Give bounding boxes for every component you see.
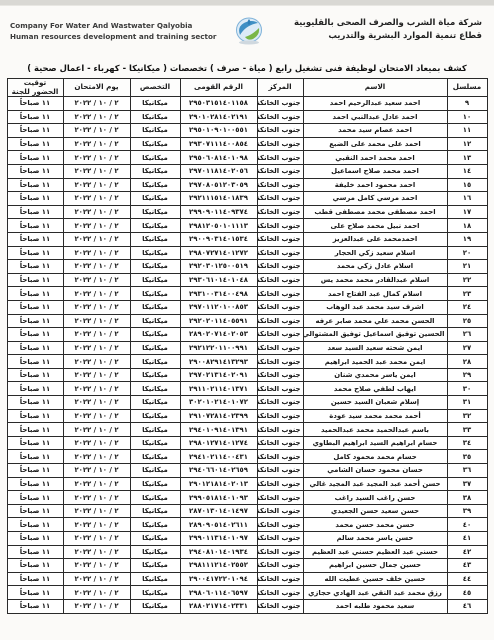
cell-serial: ١٥ [447, 178, 487, 192]
cell-national-id: ٢٨٨٠٢١٧١٤٠٢٣٣١ [180, 599, 257, 613]
cell-specialization: ميكانيكا [130, 151, 180, 165]
cell-center: جنوب الخانكة [257, 341, 303, 355]
cell-attendance-time: ١١ صباحاً [7, 355, 63, 369]
cell-specialization: ميكانيكا [130, 246, 180, 260]
col-name: الاسم [303, 79, 447, 97]
cell-exam-day: ٢ / ١٠ / ٢٠٢٢ [63, 464, 130, 478]
cell-exam-day: ٢ / ١٠ / ٢٠٢٢ [63, 205, 130, 219]
cell-specialization: ميكانيكا [130, 518, 180, 532]
cell-exam-day: ٢ / ١٠ / ٢٠٢٢ [63, 382, 130, 396]
cell-center: جنوب الخانكة [257, 423, 303, 437]
cell-national-id: ٢٩٤١٠٢١١٤٠٠٤٣١ [180, 450, 257, 464]
cell-exam-day: ٢ / ١٠ / ٢٠٢٢ [63, 137, 130, 151]
table-row: ٣٤حسام ابراهيم السيد ابراهيم البطاويجنوب… [7, 436, 487, 450]
cell-attendance-time: ١١ صباحاً [7, 491, 63, 505]
cell-serial: ١٦ [447, 192, 487, 206]
table-row: ١١احمد عصام سيد محمدجنوب الخانكة٢٩٥٠١٠٩٠… [7, 124, 487, 138]
cell-center: جنوب الخانكة [257, 532, 303, 546]
cell-national-id: ٢٩٧٠٢١٣١٤٠٢٠٩١ [180, 368, 257, 382]
cell-serial: ٤٠ [447, 518, 487, 532]
cell-center: جنوب الخانكة [257, 219, 303, 233]
table-row: ٢٥الحسن محمد علي محمد صابر عرفهجنوب الخا… [7, 314, 487, 328]
cell-attendance-time: ١١ صباحاً [7, 246, 63, 260]
cell-serial: ٣٣ [447, 423, 487, 437]
cell-specialization: ميكانيكا [130, 532, 180, 546]
cell-name: حسين جمال حسين ابراهيم [303, 559, 447, 573]
cell-national-id: ٢٩٠١٠٢٨١٤٠٢١٩١ [180, 110, 257, 124]
cell-specialization: ميكانيكا [130, 436, 180, 450]
cell-specialization: ميكانيكا [130, 232, 180, 246]
table-row: ١٧احمد مصطفى محمد مصطفى قطبجنوب الخانكة٢… [7, 205, 487, 219]
cell-national-id: ٢٩٣٠٧١١١٤٠٠٨٥٤ [180, 137, 257, 151]
table-row: ٣٣باسم عبدالحميد محمد عبدالحميدجنوب الخا… [7, 423, 487, 437]
cell-name: احمد محمد احمد النقبي [303, 151, 447, 165]
cell-national-id: ٢٩٤٠٦٦٠١٤٠٢٦٥٩ [180, 464, 257, 478]
cell-attendance-time: ١١ صباحاً [7, 409, 63, 423]
cell-name: سعيد محمود طلبه احمد [303, 599, 447, 613]
cell-center: جنوب الخانكة [257, 164, 303, 178]
table-row: ٣٢أحمد محمد محمد سيد عودةجنوب الخانكة٢٩١… [7, 409, 487, 423]
cell-name: اشرف سيد محمد عبد الوهاب [303, 300, 447, 314]
cell-national-id: ٢٩٢١١١٥١٤٠١٨٣٩ [180, 192, 257, 206]
company-water-globe-logo [232, 15, 266, 47]
cell-center: جنوب الخانكة [257, 355, 303, 369]
table-row: ٢٤اشرف سيد محمد عبد الوهابجنوب الخانكة٢٩… [7, 300, 487, 314]
cell-attendance-time: ١١ صباحاً [7, 137, 63, 151]
cell-national-id: ٢٩٣١٠٠٣١٤٠٠٤٩٨ [180, 287, 257, 301]
cell-exam-day: ٢ / ١٠ / ٢٠٢٢ [63, 368, 130, 382]
table-row: ٢٨ايمن محمد عبد الحميد ابراهيمجنوب الخان… [7, 355, 487, 369]
cell-attendance-time: ١١ صباحاً [7, 151, 63, 165]
cell-specialization: ميكانيكا [130, 260, 180, 274]
cell-exam-day: ٢ / ١٠ / ٢٠٢٢ [63, 328, 130, 342]
cell-exam-day: ٢ / ١٠ / ٢٠٢٢ [63, 192, 130, 206]
cell-national-id: ٢٩٤٠٨١٠١٤٠١٩٣٤ [180, 545, 257, 559]
cell-name: احمدمحمد على عبدالعزيز [303, 232, 447, 246]
cell-national-id: ٢٩٠٠٤١٧٢٢٠١٠٩٤ [180, 572, 257, 586]
cell-center: جنوب الخانكة [257, 450, 303, 464]
cell-exam-day: ٢ / ١٠ / ٢٠٢٢ [63, 572, 130, 586]
cell-exam-day: ٢ / ١٠ / ٢٠٢٢ [63, 219, 130, 233]
cell-specialization: ميكانيكا [130, 300, 180, 314]
cell-national-id: ٢٩٢١٢٢٠١١٠٠٩٩١ [180, 341, 257, 355]
cell-center: جنوب الخانكة [257, 192, 303, 206]
cell-national-id: ٢٨٧٠١٣٠١٤٠١٤٩٧ [180, 504, 257, 518]
cell-national-id: ٢٩٥٠٣١٥١٤٠١١٥٨ [180, 97, 257, 111]
cell-specialization: ميكانيكا [130, 287, 180, 301]
cell-name: حسام محمد محمود كامل [303, 450, 447, 464]
table-row: ١٣احمد محمد احمد النقبيجنوب الخانكة٢٩٥٠٦… [7, 151, 487, 165]
cell-national-id: ٢٩٠٠٩٠٣١٤٠١٥٣٤ [180, 232, 257, 246]
cell-specialization: ميكانيكا [130, 205, 180, 219]
cell-exam-day: ٢ / ١٠ / ٢٠٢٢ [63, 491, 130, 505]
cell-serial: ٤٣ [447, 559, 487, 573]
cell-exam-day: ٢ / ١٠ / ٢٠٢٢ [63, 151, 130, 165]
cell-serial: ٢٤ [447, 300, 487, 314]
table-row: ١٤احمد محمد صلاح اسماعيلجنوب الخانكة٢٩٧٠… [7, 164, 487, 178]
cell-serial: ٣١ [447, 396, 487, 410]
cell-specialization: ميكانيكا [130, 599, 180, 613]
table-row: ٢٦الحسين توفيق اسماعيل توفيق المشتواليجن… [7, 328, 487, 342]
cell-national-id: ٣٠٢٠١٠٢١٤٠١٠٧٢ [180, 396, 257, 410]
cell-exam-day: ٢ / ١٠ / ٢٠٢٢ [63, 232, 130, 246]
col-serial: مسلسل [447, 79, 487, 97]
cell-serial: ٣٨ [447, 491, 487, 505]
cell-name: رزق محمد عبد النقي عبد الهادي حجازي [303, 586, 447, 600]
cell-national-id: ٢٩٨٠١٢٧١٤٠١٢٧٤ [180, 436, 257, 450]
cell-name: ايهاب لطفي صلاح محمد [303, 382, 447, 396]
cell-name: اسلام سعيد زكي الحجار [303, 246, 447, 260]
cell-national-id: ٢٩٣٠٦١٠١٤٠١٠٤٨ [180, 273, 257, 287]
cell-center: جنوب الخانكة [257, 545, 303, 559]
cell-center: جنوب الخانكة [257, 232, 303, 246]
cell-name: حسن محمد حسن محمد [303, 518, 447, 532]
cell-attendance-time: ١١ صباحاً [7, 559, 63, 573]
table-row: ١٢احمد على محمد على الضبعجنوب الخانكة٢٩٣… [7, 137, 487, 151]
cell-attendance-time: ١١ صباحاً [7, 328, 63, 342]
cell-specialization: ميكانيكا [130, 450, 180, 464]
cell-specialization: ميكانيكا [130, 341, 180, 355]
cell-exam-day: ٢ / ١٠ / ٢٠٢٢ [63, 273, 130, 287]
cell-center: جنوب الخانكة [257, 151, 303, 165]
cell-specialization: ميكانيكا [130, 504, 180, 518]
cell-center: جنوب الخانكة [257, 314, 303, 328]
cell-serial: ١٢ [447, 137, 487, 151]
cell-exam-day: ٢ / ١٠ / ٢٠٢٢ [63, 97, 130, 111]
cell-name: حسن ياسر محمد سالم [303, 532, 447, 546]
table-row: ٢٣اسلام كمال عبد الفتاح احمدجنوب الخانكة… [7, 287, 487, 301]
table-row: ١٥احمد محمود احمد خليفةجنوب الخانكة٢٩٧٠٨… [7, 178, 487, 192]
cell-center: جنوب الخانكة [257, 97, 303, 111]
cell-exam-day: ٢ / ١٠ / ٢٠٢٢ [63, 450, 130, 464]
cell-specialization: ميكانيكا [130, 572, 180, 586]
cell-name: احمد مصطفى محمد مصطفى قطب [303, 205, 447, 219]
cell-exam-day: ٢ / ١٠ / ٢٠٢٢ [63, 110, 130, 124]
cell-exam-day: ٢ / ١٠ / ٢٠٢٢ [63, 532, 130, 546]
cell-name: حسن راغب السيد راغب [303, 491, 447, 505]
cell-attendance-time: ١١ صباحاً [7, 192, 63, 206]
cell-national-id: ٢٨٩٠٢٠٧١٤٠٢٠٥٣ [180, 328, 257, 342]
cell-attendance-time: ١١ صباحاً [7, 436, 63, 450]
cell-attendance-time: ١١ صباحاً [7, 341, 63, 355]
cell-name: ايمن ياسر محمدي شنان [303, 368, 447, 382]
cell-national-id: ٢٩٢٠٣٠١٢٥٠٠٥١٩ [180, 260, 257, 274]
company-ar-line2: قطاع تنمية الموارد البشرية والتدريب [294, 30, 482, 43]
cell-national-id: ٢٩٩٠١١٣١٤٠١٠٩٧ [180, 532, 257, 546]
table-row: ٤٦سعيد محمود طلبه احمدجنوب الخانكة٢٨٨٠٢١… [7, 599, 487, 613]
cell-attendance-time: ١١ صباحاً [7, 504, 63, 518]
scanned-document-page: { "header": { "company_ar_line1": "شركة … [0, 0, 494, 640]
cell-attendance-time: ١١ صباحاً [7, 178, 63, 192]
cell-specialization: ميكانيكا [130, 423, 180, 437]
cell-national-id: ٢٩٨١١١٢١٤٠٢٥٥٢ [180, 559, 257, 573]
table-row: ٩احمد سعيد عبدالرحيم احمدجنوب الخانكة٢٩٥… [7, 97, 487, 111]
cell-center: جنوب الخانكة [257, 599, 303, 613]
company-name-english: Company For Water And Wastwater Qalyobia… [10, 21, 216, 43]
table-row: ٤١حسن ياسر محمد سالمجنوب الخانكة٢٩٩٠١١٣١… [7, 532, 487, 546]
cell-serial: ٢٦ [447, 328, 487, 342]
cell-specialization: ميكانيكا [130, 368, 180, 382]
cell-serial: ١٧ [447, 205, 487, 219]
table-row: ٤٤حسين خلف حسين عطيت اللهجنوب الخانكة٢٩٠… [7, 572, 487, 586]
cell-name: حسن سعيد حسن الجعيدي [303, 504, 447, 518]
cell-specialization: ميكانيكا [130, 477, 180, 491]
cell-attendance-time: ١١ صباحاً [7, 300, 63, 314]
cell-center: جنوب الخانكة [257, 287, 303, 301]
cell-center: جنوب الخانكة [257, 110, 303, 124]
cell-center: جنوب الخانكة [257, 464, 303, 478]
cell-center: جنوب الخانكة [257, 504, 303, 518]
cell-center: جنوب الخانكة [257, 300, 303, 314]
cell-center: جنوب الخانكة [257, 246, 303, 260]
cell-exam-day: ٢ / ١٠ / ٢٠٢٢ [63, 504, 130, 518]
cell-serial: ٤١ [447, 532, 487, 546]
cell-serial: ٤٥ [447, 586, 487, 600]
table-row: ١٠احمد عادل عبدالنبي احمدجنوب الخانكة٢٩٠… [7, 110, 487, 124]
cell-name: الحسين توفيق اسماعيل توفيق المشتوالي [303, 328, 447, 342]
cell-name: اسلام عادل زكي محمد [303, 260, 447, 274]
cell-national-id: ٢٩٨١٢٠٥٠١٠١١١٣ [180, 219, 257, 233]
cell-national-id: ٢٩٥٠١٠٩٠١٠٠٥٥١ [180, 124, 257, 138]
table-row: ٤٥رزق محمد عبد النقي عبد الهادي حجازيجنو… [7, 586, 487, 600]
cell-specialization: ميكانيكا [130, 355, 180, 369]
cell-serial: ٢٣ [447, 287, 487, 301]
cell-specialization: ميكانيكا [130, 178, 180, 192]
cell-name: ايمن شحته سعيد السيد سعد [303, 341, 447, 355]
cell-serial: ٣٠ [447, 382, 487, 396]
cell-serial: ٢٠ [447, 246, 487, 260]
cell-specialization: ميكانيكا [130, 328, 180, 342]
cell-exam-day: ٢ / ١٠ / ٢٠٢٢ [63, 124, 130, 138]
cell-center: جنوب الخانكة [257, 572, 303, 586]
cell-attendance-time: ١١ صباحاً [7, 124, 63, 138]
cell-national-id: ٢٩٨٠٧٢٧١٤٠١٢٧٢ [180, 246, 257, 260]
table-row: ٣٨حسن راغب السيد راغبجنوب الخانكة٢٩٩٠٥١٨… [7, 491, 487, 505]
cell-specialization: ميكانيكا [130, 192, 180, 206]
scan-top-edge [0, 0, 494, 6]
cell-national-id: ٢٩١٠٧٢٨١٤٠٢٣٩٩ [180, 409, 257, 423]
cell-specialization: ميكانيكا [130, 219, 180, 233]
cell-attendance-time: ١١ صباحاً [7, 477, 63, 491]
table-row: ٤٠حسن محمد حسن محمدجنوب الخانكة٢٨٩٠٩٠٥١٤… [7, 518, 487, 532]
cell-attendance-time: ١١ صباحاً [7, 545, 63, 559]
cell-exam-day: ٢ / ١٠ / ٢٠٢٢ [63, 436, 130, 450]
cell-serial: ٣٤ [447, 436, 487, 450]
cell-attendance-time: ١١ صباحاً [7, 110, 63, 124]
cell-exam-day: ٢ / ١٠ / ٢٠٢٢ [63, 586, 130, 600]
cell-serial: ١١ [447, 124, 487, 138]
table-row: ٣٧حسن أحمد عبد المجيد عبد المجيد غاليجنو… [7, 477, 487, 491]
cell-center: جنوب الخانكة [257, 436, 303, 450]
cell-attendance-time: ١١ صباحاً [7, 97, 63, 111]
cell-attendance-time: ١١ صباحاً [7, 572, 63, 586]
cell-serial: ١٨ [447, 219, 487, 233]
cell-center: جنوب الخانكة [257, 477, 303, 491]
cell-name: احمد عادل عبدالنبي احمد [303, 110, 447, 124]
cell-name: حسان محمود حسان الشامي [303, 464, 447, 478]
cell-serial: ١٣ [447, 151, 487, 165]
cell-national-id: ٢٩٩٠٩٠١١٤٠٩٣٧٤ [180, 205, 257, 219]
cell-exam-day: ٢ / ١٠ / ٢٠٢٢ [63, 246, 130, 260]
cell-exam-day: ٢ / ١٠ / ٢٠٢٢ [63, 260, 130, 274]
cell-attendance-time: ١١ صباحاً [7, 164, 63, 178]
cell-name: إسلام شعبان السيد حسين [303, 396, 447, 410]
table-row: ٣٥حسام محمد محمود كاملجنوب الخانكة٢٩٤١٠٢… [7, 450, 487, 464]
cell-exam-day: ٢ / ١٠ / ٢٠٢٢ [63, 518, 130, 532]
cell-national-id: ٢٩٧٠٨٠٥١٢٠٣٠٥٩ [180, 178, 257, 192]
cell-center: جنوب الخانكة [257, 178, 303, 192]
cell-national-id: ٢٩١١٠٢١١٤٠١٣٧١ [180, 382, 257, 396]
cell-exam-day: ٢ / ١٠ / ٢٠٢٢ [63, 314, 130, 328]
table-row: ٣٦حسان محمود حسان الشاميجنوب الخانكة٢٩٤٠… [7, 464, 487, 478]
cell-attendance-time: ١١ صباحاً [7, 260, 63, 274]
cell-name: حسن أحمد عبد المجيد عبد المجيد غالي [303, 477, 447, 491]
cell-exam-day: ٢ / ١٠ / ٢٠٢٢ [63, 545, 130, 559]
cell-specialization: ميكانيكا [130, 124, 180, 138]
cell-national-id: ٢٩٧٠١١٨١٤٠٢٠٥٦ [180, 164, 257, 178]
cell-serial: ٤٤ [447, 572, 487, 586]
cell-attendance-time: ١١ صباحاً [7, 464, 63, 478]
cell-name: احمد نبيل محمد صلاح على [303, 219, 447, 233]
cell-attendance-time: ١١ صباحاً [7, 396, 63, 410]
cell-specialization: ميكانيكا [130, 464, 180, 478]
cell-attendance-time: ١١ صباحاً [7, 205, 63, 219]
cell-name: احمد عصام سيد محمد [303, 124, 447, 138]
cell-attendance-time: ١١ صباحاً [7, 382, 63, 396]
cell-exam-day: ٢ / ١٠ / ٢٠٢٢ [63, 423, 130, 437]
cell-national-id: ٢٨٩٠٩٠٥١٤٠٢٦١١ [180, 518, 257, 532]
exam-roster-table: مسلسل الاسم المركز الرقم القومى التخصص ي… [7, 78, 488, 614]
cell-serial: ١٩ [447, 232, 487, 246]
cell-serial: ٤٦ [447, 599, 487, 613]
cell-exam-day: ٢ / ١٠ / ٢٠٢٢ [63, 477, 130, 491]
cell-serial: ٣٥ [447, 450, 487, 464]
cell-attendance-time: ١١ صباحاً [7, 586, 63, 600]
table-row: ٢٧ايمن شحته سعيد السيد سعدجنوب الخانكة٢٩… [7, 341, 487, 355]
cell-serial: ٢٩ [447, 368, 487, 382]
cell-specialization: ميكانيكا [130, 545, 180, 559]
cell-name: احمد مرسي كامل مرسي [303, 192, 447, 206]
cell-national-id: ٢٩٩٠٥١٨١٤٠١٠٩٣ [180, 491, 257, 505]
cell-name: باسم عبدالحميد محمد عبدالحميد [303, 423, 447, 437]
cell-serial: ١٤ [447, 164, 487, 178]
cell-attendance-time: ١١ صباحاً [7, 273, 63, 287]
cell-center: جنوب الخانكة [257, 124, 303, 138]
cell-specialization: ميكانيكا [130, 396, 180, 410]
cell-name: حسني عبد العظيم حسني عبد العظيم [303, 545, 447, 559]
cell-attendance-time: ١١ صباحاً [7, 314, 63, 328]
cell-attendance-time: ١١ صباحاً [7, 450, 63, 464]
cell-attendance-time: ١١ صباحاً [7, 219, 63, 233]
cell-specialization: ميكانيكا [130, 273, 180, 287]
cell-specialization: ميكانيكا [130, 559, 180, 573]
cell-attendance-time: ١١ صباحاً [7, 287, 63, 301]
cell-name: احمد سعيد عبدالرحيم احمد [303, 97, 447, 111]
cell-name: ايمن محمد عبد الحميد ابراهيم [303, 355, 447, 369]
cell-serial: ٢٢ [447, 273, 487, 287]
table-row: ٣٠ايهاب لطفي صلاح محمدجنوب الخانكة٢٩١١٠٢… [7, 382, 487, 396]
cell-center: جنوب الخانكة [257, 368, 303, 382]
cell-name: الحسن محمد علي محمد صابر عرفه [303, 314, 447, 328]
cell-serial: ١٠ [447, 110, 487, 124]
cell-center: جنوب الخانكة [257, 491, 303, 505]
col-exam-day: يوم الامتحان [63, 79, 130, 97]
cell-national-id: ٢٩٨٠٦٠١١٤٠٦٥٩٧ [180, 586, 257, 600]
cell-center: جنوب الخانكة [257, 518, 303, 532]
cell-specialization: ميكانيكا [130, 409, 180, 423]
cell-name: حسام ابراهيم السيد ابراهيم البطاوي [303, 436, 447, 450]
cell-name: اسلام كمال عبد الفتاح احمد [303, 287, 447, 301]
cell-attendance-time: ١١ صباحاً [7, 532, 63, 546]
company-en-line2: Human resources development and training… [10, 32, 216, 43]
cell-national-id: ٢٩٢٠٢٠١١٤٠٥٥٩١ [180, 314, 257, 328]
cell-attendance-time: ١١ صباحاً [7, 368, 63, 382]
cell-center: جنوب الخانكة [257, 409, 303, 423]
table-row: ٢٩ايمن ياسر محمدي شنانجنوب الخانكة٢٩٧٠٢١… [7, 368, 487, 382]
company-name-arabic: شركة مياة الشرب والصرف الصحى بالقليوبية … [294, 17, 482, 43]
cell-center: جنوب الخانكة [257, 205, 303, 219]
col-specialization: التخصص [130, 79, 180, 97]
cell-specialization: ميكانيكا [130, 314, 180, 328]
cell-center: جنوب الخانكة [257, 586, 303, 600]
cell-attendance-time: ١١ صباحاً [7, 599, 63, 613]
cell-specialization: ميكانيكا [130, 110, 180, 124]
cell-center: جنوب الخانكة [257, 137, 303, 151]
cell-center: جنوب الخانكة [257, 559, 303, 573]
cell-serial: ٢٥ [447, 314, 487, 328]
cell-serial: ٣٧ [447, 477, 487, 491]
cell-specialization: ميكانيكا [130, 137, 180, 151]
cell-specialization: ميكانيكا [130, 382, 180, 396]
cell-exam-day: ٢ / ١٠ / ٢٠٢٢ [63, 164, 130, 178]
col-attendance-time: توقيت الحضور للجنة [7, 79, 63, 97]
cell-national-id: ٢٩٠١٢١٨١٤٠٢٠١٣ [180, 477, 257, 491]
table-row: ٤٣حسين جمال حسين ابراهيمجنوب الخانكة٢٩٨١… [7, 559, 487, 573]
cell-serial: ٩ [447, 97, 487, 111]
cell-serial: ٢١ [447, 260, 487, 274]
cell-specialization: ميكانيكا [130, 491, 180, 505]
cell-serial: ٤٢ [447, 545, 487, 559]
cell-name: احمد محمد صلاح اسماعيل [303, 164, 447, 178]
cell-exam-day: ٢ / ١٠ / ٢٠٢٢ [63, 300, 130, 314]
cell-center: جنوب الخانكة [257, 396, 303, 410]
company-ar-line1: شركة مياة الشرب والصرف الصحى بالقليوبية [294, 17, 482, 30]
cell-exam-day: ٢ / ١٠ / ٢٠٢٢ [63, 599, 130, 613]
exam-schedule-title: كشف بميعاد الامتحان لوظيفة فنى تشغيل راب… [8, 63, 486, 73]
table-row: ١٨احمد نبيل محمد صلاح علىجنوب الخانكة٢٩٨… [7, 219, 487, 233]
cell-serial: ٣٢ [447, 409, 487, 423]
table-row: ٢٢اسلام عبدالقادر محمد محمد يسجنوب الخان… [7, 273, 487, 287]
cell-exam-day: ٢ / ١٠ / ٢٠٢٢ [63, 396, 130, 410]
cell-exam-day: ٢ / ١٠ / ٢٠٢٢ [63, 341, 130, 355]
table-header-row: مسلسل الاسم المركز الرقم القومى التخصص ي… [7, 79, 487, 97]
company-en-line1: Company For Water And Wastwater Qalyobia [10, 21, 216, 32]
table-row: ١٩احمدمحمد على عبدالعزيزجنوب الخانكة٢٩٠٠… [7, 232, 487, 246]
cell-center: جنوب الخانكة [257, 382, 303, 396]
cell-specialization: ميكانيكا [130, 97, 180, 111]
cell-center: جنوب الخانكة [257, 273, 303, 287]
col-center: المركز [257, 79, 303, 97]
cell-exam-day: ٢ / ١٠ / ٢٠٢٢ [63, 355, 130, 369]
table-row: ٣٩حسن سعيد حسن الجعيديجنوب الخانكة٢٨٧٠١٣… [7, 504, 487, 518]
col-national-id: الرقم القومى [180, 79, 257, 97]
cell-name: اسلام عبدالقادر محمد محمد يس [303, 273, 447, 287]
cell-exam-day: ٢ / ١٠ / ٢٠٢٢ [63, 178, 130, 192]
cell-center: جنوب الخانكة [257, 260, 303, 274]
cell-national-id: ٢٩٠٠٨٢٩١٤١٣٢٩٣ [180, 355, 257, 369]
cell-attendance-time: ١١ صباحاً [7, 423, 63, 437]
cell-name: احمد محمود احمد خليفة [303, 178, 447, 192]
